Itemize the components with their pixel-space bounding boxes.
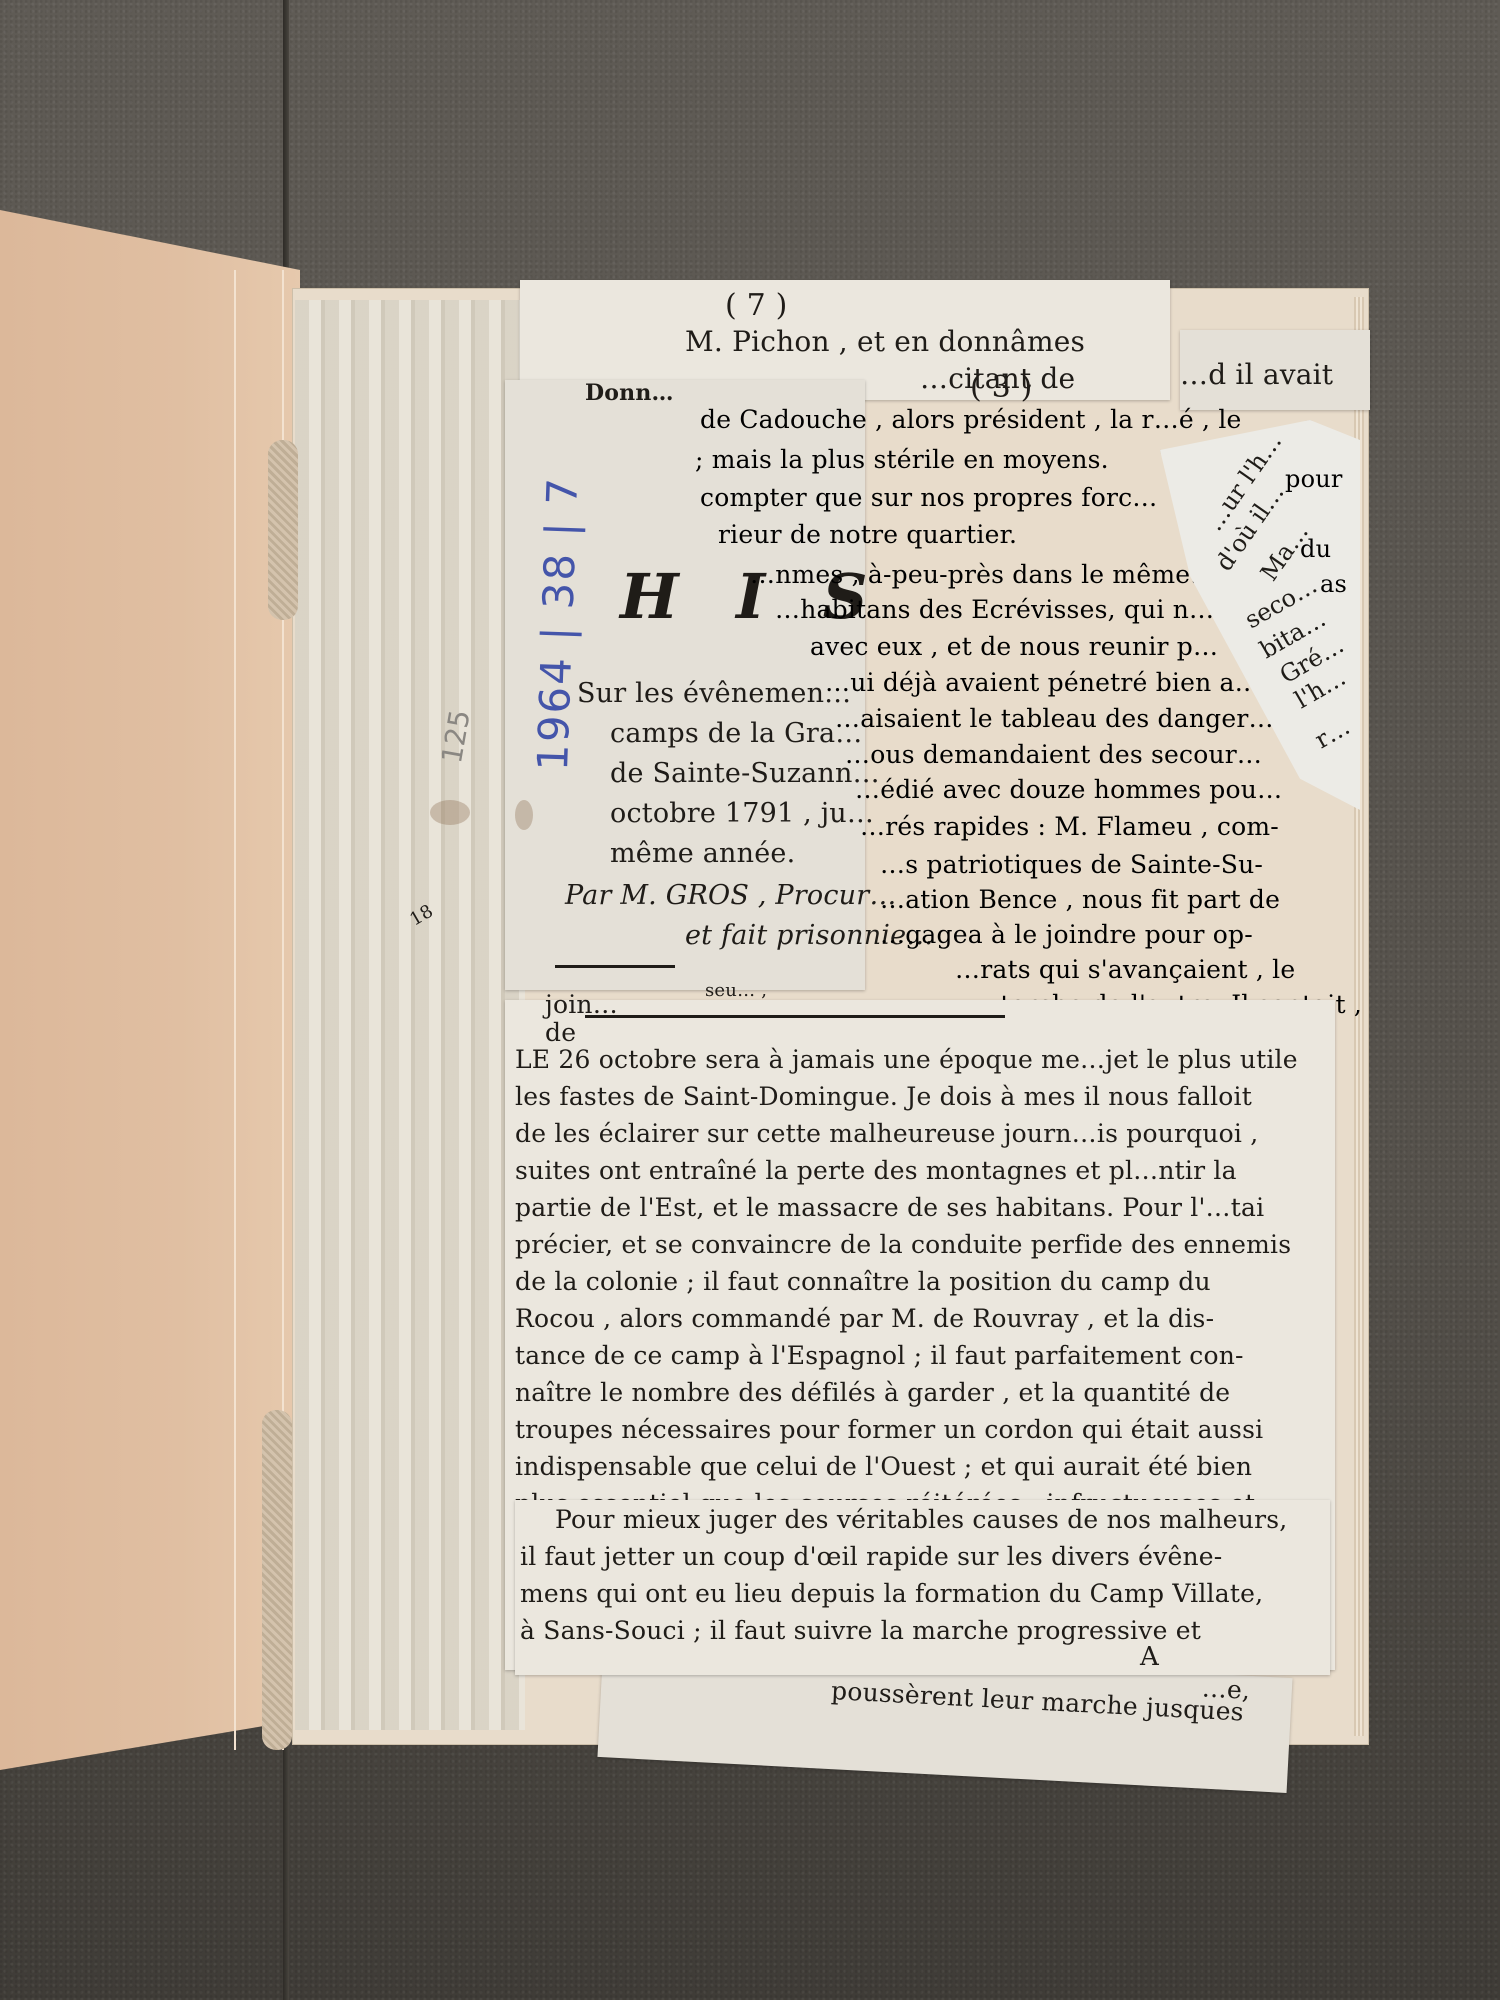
text-line: …ation Bence , nous fit part de: [880, 885, 1280, 914]
paragraph-line: Pour mieux juger des véritables causes d…: [555, 1505, 1287, 1534]
text-line: as: [1320, 570, 1347, 598]
binding-cord-top: [268, 440, 298, 620]
text-line: du: [1300, 535, 1331, 563]
paragraph-line: de la colonie ; il faut connaître la pos…: [515, 1267, 1211, 1296]
donn-header: Donn…: [585, 380, 674, 406]
text-line: …ous demandaient des secour…: [845, 740, 1262, 769]
paragraph-line: mens qui ont eu lieu depuis la formation…: [520, 1579, 1263, 1608]
page-number: ( 7 ): [725, 288, 788, 323]
text-line: …gagea à le joindre pour op-: [880, 920, 1253, 949]
text-line: …rés rapides : M. Flameu , com-: [860, 812, 1279, 841]
text-line: …nmes , à-peu-près dans le même…: [750, 560, 1215, 589]
section-rule: [585, 1015, 1005, 1018]
paragraph-line: LE 26 octobre sera à jamais une époque m…: [515, 1045, 1298, 1074]
paragraph-line: tance de ce camp à l'Espagnol ; il faut …: [515, 1341, 1244, 1370]
tan-folder: [0, 210, 300, 1770]
text-line: poussèrent leur marche jusques: [830, 1676, 1244, 1727]
paragraph-line: suites ont entraîné la perte des montagn…: [515, 1156, 1237, 1185]
paragraph-line: partie de l'Est, et le massacre de ses h…: [515, 1193, 1264, 1222]
signature-mark: A: [1140, 1642, 1159, 1672]
paragraph-line: à Sans-Souci ; il faut suivre la marche …: [520, 1616, 1201, 1645]
paragraph-line: troupes nécessaires pour former un cordo…: [515, 1415, 1263, 1444]
torn-spine-leaves: [295, 300, 525, 1730]
stain: [430, 800, 470, 825]
footer-partial: seu… ,: [705, 980, 767, 1001]
title-rule: [555, 965, 675, 968]
folder-crease: [234, 270, 236, 1750]
text-line: …d il avait: [1180, 358, 1333, 391]
text-line: avec eux , et de nous reunir p…: [810, 632, 1218, 661]
text-line: pour: [1285, 465, 1343, 493]
paragraph-line: de les éclairer sur cette malheureuse jo…: [515, 1119, 1258, 1148]
text-line: …s patriotiques de Sainte-Su-: [880, 850, 1263, 879]
paragraph-line: Rocou , alors commandé par M. de Rouvray…: [515, 1304, 1214, 1333]
paragraph-line: indispensable que celui de l'Ouest ; et …: [515, 1452, 1252, 1481]
paragraph-line: il faut jetter un coup d'œil rapide sur …: [520, 1542, 1222, 1571]
text-line: …rats qui s'avançaient , le: [955, 955, 1295, 984]
text-line: compter que sur nos propres forc…: [700, 483, 1158, 512]
paragraph-line: précier, et se convaincre de la conduite…: [515, 1230, 1291, 1259]
catalog-number: 1964 | 38 | 7: [528, 475, 587, 771]
paragraph-line: les fastes de Saint-Domingue. Je dois à …: [515, 1082, 1252, 1111]
footer-left-2: de: [545, 1018, 576, 1047]
paragraph-line: naître le nombre des défilés à garder , …: [515, 1378, 1230, 1407]
stain: [515, 800, 533, 830]
text-line: …édié avec douze hommes pou…: [855, 775, 1282, 804]
text-line: …ui déjà avaient pénetré bien a…: [825, 668, 1260, 697]
binding-cord-bottom: [262, 1410, 292, 1750]
main-page-lower: Pour mieux juger des véritables causes d…: [515, 1500, 1330, 1675]
page-number: ( 3 ): [970, 370, 1033, 405]
text-line: de Cadouche , alors président , la r…é ,…: [700, 405, 1242, 434]
text-line: rieur de notre quartier.: [718, 520, 1017, 549]
text-line: …habitans des Ecrévisses, qui n…: [775, 595, 1214, 624]
text-line: …aisaient le tableau des danger…: [835, 704, 1274, 733]
text-line: M. Pichon , et en donnâmes: [685, 325, 1085, 358]
text-line: ; mais la plus stérile en moyens.: [695, 445, 1109, 474]
